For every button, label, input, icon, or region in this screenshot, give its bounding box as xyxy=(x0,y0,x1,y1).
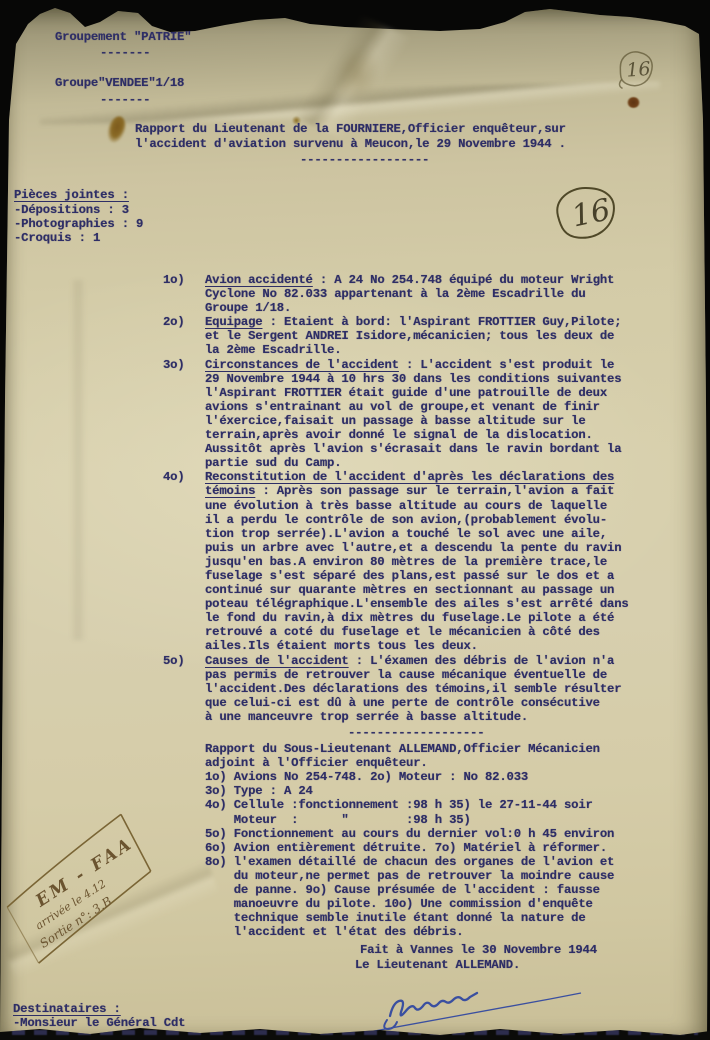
report2-line: 1o) Avions No 254-748. 2o) Moteur : No 8… xyxy=(205,770,693,784)
title-line2: l'accident d'aviation survenu à Meucon,l… xyxy=(135,137,566,151)
report2-intro-line: Rapport du Sous-Lieutenant ALLEMAND,Offi… xyxy=(205,742,693,756)
report-text-line: à une manceuvre trop serrée à basse alti… xyxy=(205,710,693,724)
report-text-line: 29 Novembre 1944 à 10 hrs 30 dans les co… xyxy=(205,372,693,386)
item-number: 1o) xyxy=(163,273,205,315)
item-body: Avion accidenté : A 24 No 254.748 équipé… xyxy=(205,273,693,315)
header-groupe-dashes: ------- xyxy=(100,93,150,107)
report-text-line: l'éxercice,faisait un passage à basse al… xyxy=(205,414,693,428)
report-text-line: une évolution à très basse altitude au c… xyxy=(205,499,693,513)
report-text-line: poteau télégraphique.L'ensemble des aile… xyxy=(205,597,693,611)
report2-line: du moteur,ne permet pas de retrouver la … xyxy=(205,869,693,883)
report-text-line: puis un arbre avec l'autre,et a descendu… xyxy=(205,541,693,555)
report-text-line: l'accident.Des déclarations des témoins,… xyxy=(205,682,693,696)
header-groupement-dashes: ------- xyxy=(100,46,150,60)
report-text-line: la 2ème Escadrille. xyxy=(205,343,693,357)
report-text-line: Causes de l'accident : L'éxamen des débr… xyxy=(205,654,693,668)
report2-line: 5o) Fonctionnement au cours du dernier v… xyxy=(205,827,693,841)
report-text-line: que celui-ci est dû à une perte de contr… xyxy=(205,696,693,710)
item-number: 4o) xyxy=(163,470,205,653)
report-body: 1o)Avion accidenté : A 24 No 254.748 équ… xyxy=(163,273,693,972)
report2-line: Moteur : " :98 h 35) xyxy=(205,813,693,827)
report-text-line: il a perdu le contrôle de son avion,(pro… xyxy=(205,513,693,527)
title-separator: ------------------ xyxy=(300,153,429,167)
item-number: 5o) xyxy=(163,654,205,724)
report2-line: l'accident et l'état des débris. xyxy=(205,925,693,939)
report-text-line: pas permis de retrouver la cause mécaniq… xyxy=(205,668,693,682)
report-item: 5o)Causes de l'accident : L'éxamen des d… xyxy=(163,654,693,724)
report-text-line: Groupe 1/18. xyxy=(205,301,693,315)
underlined-heading: Causes de l'accident xyxy=(205,654,349,668)
report-text-line: fuselage s'est séparé des plans,est pass… xyxy=(205,569,693,583)
scanned-document: Groupement "PATRIE" ------- Groupe"VENDE… xyxy=(0,0,710,1040)
item-number: 2o) xyxy=(163,315,205,357)
report-text-line: retrouvé a coté du fuselage et le mécani… xyxy=(205,625,693,639)
report-text-line: Circonstances de l'accident : L'accident… xyxy=(205,358,693,372)
item-body: Circonstances de l'accident : L'accident… xyxy=(205,358,693,471)
report-text-line: et le Sergent ANDREI Isidore,mécanicien;… xyxy=(205,329,693,343)
destinataires-item: -Monsieur le Général Cdt xyxy=(13,1016,185,1030)
underlined-heading: témoins xyxy=(205,484,255,498)
report2-line: 3o) Type : A 24 xyxy=(205,784,693,798)
page-number-annotation-top: 16 xyxy=(609,43,662,100)
report2-intro-line: adjoint à l'Officier enquêteur. xyxy=(205,756,693,770)
report-text-line: jusqu'en bas.A environ 80 mètres de la p… xyxy=(205,555,693,569)
report2-line: manoeuvre du pilote. 10o) Une commission… xyxy=(205,897,693,911)
report-text-line: Cyclone No 82.033 appartenant à la 2ème … xyxy=(205,287,693,301)
report-text-line: témoins : Après son passage sur le terra… xyxy=(205,484,693,498)
report-item: 1o)Avion accidenté : A 24 No 254.748 équ… xyxy=(163,273,693,315)
report-text-line: terrain,après avoir donné le signal de l… xyxy=(205,428,693,442)
item-number: 3o) xyxy=(163,358,205,471)
attachment-item: -Croquis : 1 xyxy=(14,231,100,245)
report2-line: 6o) Avion entièrement détruite. 7o) Maté… xyxy=(205,841,693,855)
report-item: 3o)Circonstances de l'accident : L'accid… xyxy=(163,358,693,471)
report-item: 4o)Reconstitution de l'accident d'après … xyxy=(163,470,693,653)
attachment-item: -Dépositions : 3 xyxy=(14,203,129,217)
item-body: Equipage : Etaient à bord: l'Aspirant FR… xyxy=(205,315,693,357)
report-text-line: tion trop serrée).L'avion a touché le so… xyxy=(205,527,693,541)
report-text-line: continué sur quarante mètres en sectionn… xyxy=(205,583,693,597)
date-place-line: Fait à Vannes le 30 Novembre 1944 xyxy=(360,943,693,957)
report2-line: 4o) Cellule :fonctionnement :98 h 35) le… xyxy=(205,798,693,812)
report-text-line: Equipage : Etaient à bord: l'Aspirant FR… xyxy=(205,315,693,329)
page-number-top: 16 xyxy=(626,58,652,82)
report-text-line: Aussitôt après l'avion s'écrasait dans l… xyxy=(205,442,693,456)
attachment-item: -Photographies : 9 xyxy=(14,217,143,231)
underlined-heading: Avion accidenté xyxy=(205,273,313,287)
report2-line: de panne. 9o) Cause présumée de l'accide… xyxy=(205,883,693,897)
title-line1: Rapport du Lieutenant de la FOURNIERE,Of… xyxy=(135,122,566,136)
report2-line: 8o) l'examen détaillé de chacun des orga… xyxy=(205,855,693,869)
signatory-line: Le Lieutenant ALLEMAND. xyxy=(355,958,693,972)
report-text-line: avions s'entrainant au vol de groupe,et … xyxy=(205,400,693,414)
report-text-line: ailes.Ils étaient morts tous les deux. xyxy=(205,639,693,653)
report-text-line: Avion accidenté : A 24 No 254.748 équipé… xyxy=(205,273,693,287)
report-text-line: l'Aspirant FROTTIER était guide d'une pa… xyxy=(205,386,693,400)
underlined-heading: Reconstitution de l'accident d'après les… xyxy=(205,470,614,484)
underlined-heading: Circonstances de l'accident xyxy=(205,358,399,372)
item-body: Reconstitution de l'accident d'après les… xyxy=(205,470,693,653)
header-groupement: Groupement "PATRIE" xyxy=(55,30,191,44)
report1-items: 1o)Avion accidenté : A 24 No 254.748 équ… xyxy=(163,273,693,724)
report2-lines: 1o) Avions No 254-748. 2o) Moteur : No 8… xyxy=(205,770,693,939)
report-text-line: Reconstitution de l'accident d'après les… xyxy=(205,470,693,484)
report2-line: technique semble inutile étant donné la … xyxy=(205,911,693,925)
report-text-line: le fond du ravin,à dix mètres du fuselag… xyxy=(205,611,693,625)
page-number-annotation: 16 xyxy=(548,180,624,252)
underlined-heading: Equipage xyxy=(205,315,262,329)
attachments-heading: Pièces jointes : xyxy=(14,188,129,202)
report2-block: Rapport du Sous-Lieutenant ALLEMAND,Offi… xyxy=(205,742,693,939)
report-text-line: partie sud du Camp. xyxy=(205,456,693,470)
header-groupe: Groupe"VENDEE"1/18 xyxy=(55,76,184,90)
destinataires-heading: Destinataires : xyxy=(13,1002,121,1016)
report-item: 2o)Equipage : Etaient à bord: l'Aspirant… xyxy=(163,315,693,357)
section-separator: ------------------- xyxy=(348,726,693,740)
item-body: Causes de l'accident : L'éxamen des débr… xyxy=(205,654,693,724)
